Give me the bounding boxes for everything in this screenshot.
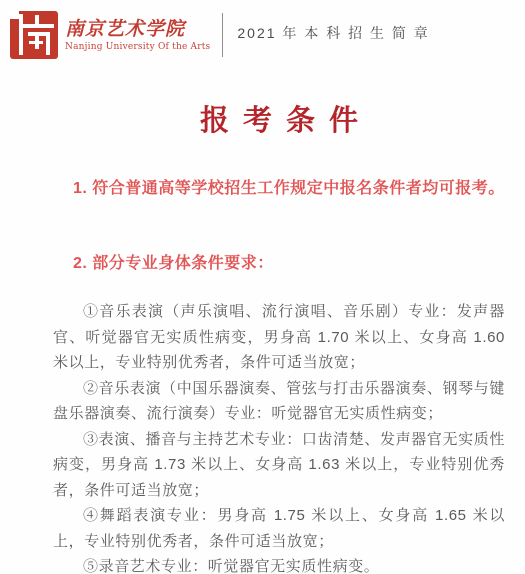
university-logo: 南京艺术学院 Nanjing University Of the Arts — [10, 11, 210, 59]
condition-paragraph-2: ②音乐表演（中国乐器演奏、管弦与打击乐器演奏、钢琴与键盘乐器演奏、流行演奏）专业… — [53, 376, 505, 427]
document-body: 报考条件 1. 符合普通高等学校招生工作规定中报名条件者均可报考。 2. 部分专… — [0, 100, 525, 574]
condition-paragraph-3: ③表演、播音与主持艺术专业：口齿清楚、发声器官无实质性病变，男身高 1.73 米… — [53, 427, 505, 504]
requirement-item-1: 1. 符合普通高等学校招生工作规定中报名条件者均可报考。 — [73, 178, 505, 200]
header: 南京艺术学院 Nanjing University Of the Arts 20… — [0, 0, 525, 70]
condition-paragraph-4: ④舞蹈表演专业：男身高 1.75 米以上、女身高 1.65 米以上，专业特别优秀… — [53, 503, 505, 554]
university-name-en: Nanjing University Of the Arts — [65, 41, 210, 53]
body-conditions-list: ①音乐表演（声乐演唱、流行演唱、音乐剧）专业：发声器官、听觉器官无实质性病变，男… — [53, 299, 505, 574]
document-header-title: 2021 年 本 科 招 生 简 章 — [237, 23, 429, 43]
condition-paragraph-1: ①音乐表演（声乐演唱、流行演唱、音乐剧）专业：发声器官、听觉器官无实质性病变，男… — [53, 299, 505, 376]
university-name-cn: 南京艺术学院 — [65, 17, 210, 41]
requirement-item-2: 2. 部分专业身体条件要求： — [73, 253, 505, 275]
university-seal-icon — [10, 11, 58, 59]
document-page: 南京艺术学院 Nanjing University Of the Arts 20… — [0, 0, 525, 574]
university-logo-text: 南京艺术学院 Nanjing University Of the Arts — [65, 17, 210, 53]
condition-paragraph-5: ⑤录音艺术专业：听觉器官无实质性病变。 — [53, 554, 505, 574]
page-title: 报考条件 — [53, 100, 505, 140]
header-divider — [222, 13, 223, 57]
